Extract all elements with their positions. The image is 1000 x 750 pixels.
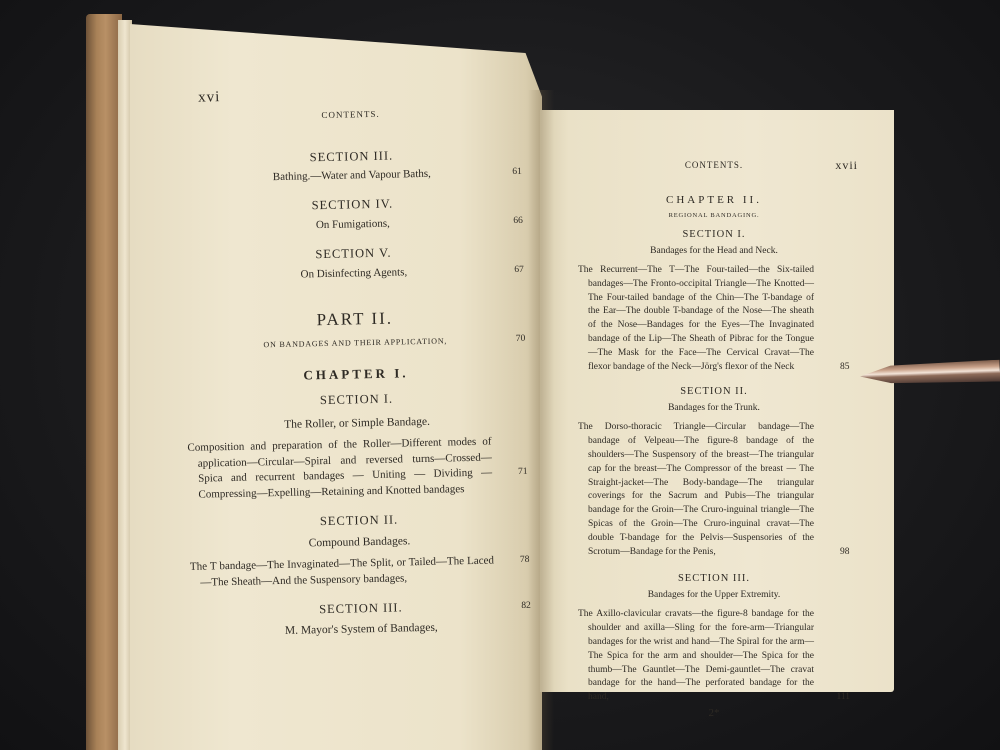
book-cover-edge	[86, 14, 122, 750]
section-title: The Roller, or Simple Bandage.	[187, 414, 527, 433]
entry-title: On Fumigations,	[316, 218, 390, 232]
entry-title: Bathing.—Water and Vapour Baths,	[273, 168, 431, 183]
entry-page-number: 66	[513, 214, 523, 229]
section-title: Bandages for the Head and Neck.	[578, 246, 850, 256]
section-heading: SECTION IV.	[182, 194, 522, 216]
page-stack-edge	[118, 20, 132, 750]
section-title: Bandages for the Upper Extremity.	[578, 590, 850, 600]
section-heading: SECTION V.	[183, 243, 523, 265]
right-page-header: CONTENTS. xvii	[578, 158, 850, 172]
left-page-content: xvi CONTENTS. SECTION III. Bathing.—Wate…	[180, 83, 531, 639]
section-description: The Recurrent—The T—The Four-tailed—the …	[578, 264, 850, 374]
toc-entry: Bathing.—Water and Vapour Baths, 61	[182, 165, 522, 187]
part-title: ON BANDAGES AND THEIR APPLICATION,	[263, 336, 447, 349]
entry-page-number: 61	[512, 165, 522, 180]
section-description: Composition and preparation of the Rolle…	[187, 434, 528, 503]
toc-entry: On Fumigations, 66	[183, 214, 523, 236]
section-heading: SECTION I.	[186, 389, 526, 411]
section-description: The Dorso-thoracic Triangle—Circular ban…	[578, 421, 850, 559]
section-description: The T bandage—The Invaginated—The Split,…	[190, 553, 531, 591]
section-text: The T bandage—The Invaginated—The Split,…	[190, 555, 494, 589]
right-page-content: CONTENTS. xvii CHAPTER II. REGIONAL BAND…	[578, 158, 850, 719]
section-description: The Axillo-clavicular cravats—the figure…	[578, 608, 850, 705]
toc-entry: On Disinfecting Agents, 67	[184, 263, 524, 285]
section-text: The Dorso-thoracic Triangle—Circular ban…	[578, 422, 814, 556]
signature-mark: 2*	[578, 707, 850, 719]
section-text: The Recurrent—The T—The Four-tailed—the …	[578, 265, 814, 372]
entry-page-number: 111	[846, 691, 850, 705]
chapter-heading: CHAPTER I.	[186, 363, 526, 386]
part-heading: PART II.	[185, 306, 525, 333]
chapter-subtitle: REGIONAL BANDAGING.	[578, 212, 850, 219]
running-head-left: CONTENTS.	[180, 106, 520, 123]
section-text: Composition and preparation of the Rolle…	[187, 436, 492, 501]
entry-page-number: 67	[514, 263, 524, 278]
section-text: The Axillo-clavicular cravats—the figure…	[578, 609, 814, 702]
running-head-right: CONTENTS.	[578, 160, 850, 170]
toc-entry: SECTION III. 82	[191, 598, 531, 621]
entry-title: On Disinfecting Agents,	[300, 266, 407, 280]
section-heading: SECTION III.	[319, 600, 403, 616]
chapter-heading: CHAPTER II.	[578, 194, 850, 206]
page-number-right: xvii	[835, 158, 858, 173]
section-heading: SECTION III.	[181, 146, 521, 168]
section-title: Compound Bandages.	[189, 533, 529, 552]
section-heading: SECTION II.	[189, 510, 529, 532]
entry-page-number: 82	[521, 599, 531, 614]
section-heading: SECTION I.	[578, 229, 850, 240]
section-heading: SECTION II.	[578, 386, 850, 397]
entry-page-number: 70	[516, 332, 526, 347]
toc-entry: ON BANDAGES AND THEIR APPLICATION, 70	[185, 332, 525, 354]
section-heading: SECTION III.	[578, 573, 850, 584]
gutter-shadow	[528, 90, 554, 750]
section-title: Bandages for the Trunk.	[578, 403, 850, 413]
